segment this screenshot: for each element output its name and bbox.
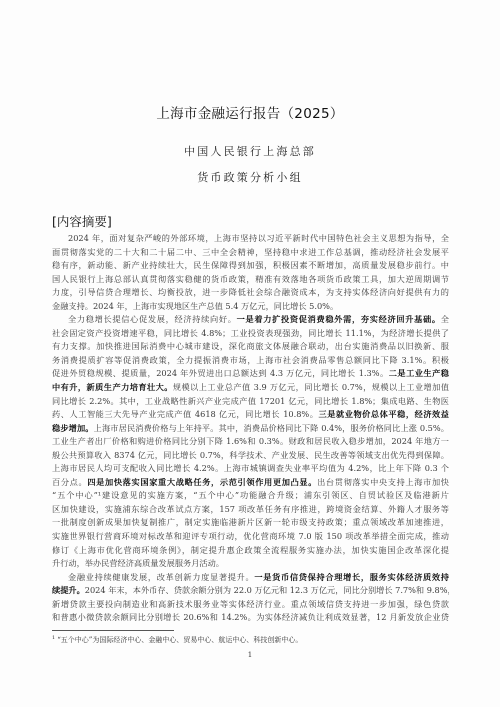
text-line: 升行动，举办民营经济高质量发展服务月活动。 bbox=[52, 557, 449, 571]
line-text: 促进外贸稳规模、提质量，2024 年外贸进出口总额达到 4.3 万亿元，同比增长… bbox=[52, 368, 389, 378]
text-line: 2024 年，面对复杂严峻的外部环境，上海市坚持以习近平新时代中国特色社会主义思… bbox=[52, 232, 449, 246]
footnote-text: “五个中心”为国际经济中心、金融中心、贸易中心、航运中心、科技创新中心。 bbox=[57, 636, 302, 644]
text-line: 一批制度创新成果加快复制推广，制定实施临港新片区新一轮市级支持政策；重点领域改革… bbox=[52, 516, 449, 530]
line-text: 面贯彻落实党的二十大和二十届二中、三中全会精神，坚持稳中求进工作总基调，推动经济… bbox=[52, 247, 449, 257]
line-text: 和普惠小微贷款余额同比分别增长 20.6%和 14.2%。为实体经济减负让利成效… bbox=[52, 612, 449, 622]
text-line: 稳步增加。上海市居民消费价格与上年持平。其中，消费品价格同比下降 0.4%，服务… bbox=[52, 422, 449, 436]
line-text: 金融业持续健康发展，改革创新力度显著提升。 bbox=[68, 572, 254, 582]
report-title: 上海市金融运行报告（2025） bbox=[0, 102, 500, 122]
text-line: 金融业持续健康发展，改革创新力度显著提升。一是货币信贷保持合理增长，服务实体经济… bbox=[52, 571, 449, 585]
line-text: 力度，引导信贷合理增长、均衡投放，进一步降低社会综合融资成本，为支持实体经济向好… bbox=[52, 287, 449, 297]
line-text: 2024 年，面对复杂严峻的外部环境，上海市坚持以习近平新时代中国特色社会主义思… bbox=[68, 233, 449, 243]
line-text: 百分点。 bbox=[52, 477, 87, 487]
text-line: 新增贷款主要投向制造业和高新技术服务业等实体经济行业。重点领域信贷支持进一步加强… bbox=[52, 598, 449, 612]
text-line: 般公共预算收入 8374 亿元，同比增长 0.7%，科学技术、产业发展、民生改善… bbox=[52, 449, 449, 463]
line-text: 升行动，举办民营经济高质量发展服务月活动。 bbox=[52, 558, 224, 568]
text-line: 促进外贸稳规模、提质量，2024 年外贸进出口总额达到 4.3 万亿元，同比增长… bbox=[52, 367, 449, 381]
line-text: 规模以上工业总产值 3.9 万亿元，同比增长 0.7%，规模以上工业增加值 bbox=[173, 382, 449, 392]
text-line: 和普惠小微贷款余额同比分别增长 20.6%和 14.2%。为实体经济减负让利成效… bbox=[52, 611, 449, 625]
text-line: 实施世界银行营商环境对标改革和迎评专项行动，优化营商环境 7.0 版 150 项… bbox=[52, 530, 449, 544]
line-text: 药、人工智能三大先导产业完成产值 4618 亿元，同比增长 10.8%。 bbox=[52, 409, 319, 419]
emphasis-text: 四是加快落实国家重大战略任务，示范引领作用更加凸显。 bbox=[87, 477, 317, 487]
line-text: 般公共预算收入 8374 亿元，同比增长 0.7%，科学技术、产业发展、民生改善… bbox=[52, 450, 449, 460]
emphasis-text: 二是工业生产稳 bbox=[389, 368, 449, 378]
line-text: 上海市居民消费价格与上年持平。其中，消费品价格同比下降 0.4%，服务价格同比上… bbox=[94, 423, 449, 433]
line-text: 实施世界银行营商环境对标改革和迎评专项行动，优化营商环境 7.0 版 150 项… bbox=[52, 531, 449, 541]
text-line: 务消费提质扩容等促消费政策，全力提振消费市场，上海市社会消费品零售总额同比下降 … bbox=[52, 354, 449, 368]
line-text: 工业生产者出厂价格和购进价格同比分别下降 1.6%和 0.3%。财政和居民收入稳… bbox=[52, 436, 449, 446]
text-line: 力度，引导信贷合理增长、均衡投放，进一步降低社会综合融资成本，为支持实体经济向好… bbox=[52, 286, 449, 300]
text-line: 区加快建设，实施浦东综合改革试点方案，157 项改革任务有序推进，跨境资金结算、… bbox=[52, 503, 449, 517]
text-line: 全力稳增长提信心促发展，经济持续向好。一是着力扩投资促消费稳外需，夯实经济回升基… bbox=[52, 313, 449, 327]
line-text: 金融支持。2024 年，上海市实现地区生产总值 5.4 万亿元，同比增长 5.0… bbox=[52, 301, 338, 311]
text-line: 工业生产者出厂价格和购进价格同比分别下降 1.6%和 0.3%。财政和居民收入稳… bbox=[52, 435, 449, 449]
line-text: 有力支撑。加快推进国际消费中心城市建设，深化商旅文体展融合联动，出台实施消费品以… bbox=[52, 341, 449, 351]
emphasis-text: 三是就业物价总体平稳，经济效益 bbox=[319, 409, 450, 419]
line-text: 全力稳增长提信心促发展，经济持续向好。 bbox=[68, 314, 237, 324]
text-line: 上海市居民人均可支配收入同比增长 4.2%。上海市城镇调查失业率平均值为 4.2… bbox=[52, 462, 449, 476]
text-line: 药、人工智能三大先导产业完成产值 4618 亿元，同比增长 10.8%。三是就业… bbox=[52, 408, 449, 422]
author-organization: 中国人民银行上海总部 bbox=[0, 143, 500, 159]
line-text: 出台贯彻落实中央支持上海市加快 bbox=[317, 477, 449, 487]
author-group: 货币政策分析小组 bbox=[0, 169, 500, 185]
text-line: 稳有序，新动能、新产业持续壮大，民生保障得到加强，积极因素不断增加，高质量发展稳… bbox=[52, 259, 449, 273]
document-page: 上海市金融运行报告（2025） 中国人民银行上海总部 货币政策分析小组 [内容摘… bbox=[0, 0, 500, 707]
text-line: 金融支持。2024 年，上海市实现地区生产总值 5.4 万亿元，同比增长 5.0… bbox=[52, 300, 449, 314]
footnote-marker: 1 bbox=[52, 635, 55, 641]
emphasis-text: 稳步增加。 bbox=[52, 423, 94, 433]
footnote-divider bbox=[52, 630, 174, 631]
emphasis-text: 一是货币信贷保持合理增长，服务实体经济质效持 bbox=[254, 572, 449, 582]
line-text: 上海市居民人均可支配收入同比增长 4.2%。上海市城镇调查失业率平均值为 4.2… bbox=[52, 463, 449, 473]
text-line: 续提升。2024 年末，本外币存、贷款余额分别为 22.0 万亿元和 12.3 … bbox=[52, 584, 449, 598]
section-heading-summary: [内容摘要] bbox=[52, 212, 112, 230]
line-text: 新增贷款主要投向制造业和高新技术服务业等实体经济行业。重点领域信贷支持进一步加强… bbox=[52, 599, 449, 609]
line-text: “五个中心”¹建设意见的实施方案，“五个中心”功能融合升级；浦东引领区、自贸试验… bbox=[52, 490, 449, 500]
line-text: 同比增长 2.2%。其中，工业战略性新兴产业完成产值 17201 亿元，同比增长… bbox=[52, 396, 449, 406]
line-text: 一批制度创新成果加快复制推广，制定实施临港新片区新一轮市级支持政策；重点领域改革… bbox=[52, 517, 449, 527]
line-text: 全 bbox=[441, 314, 449, 324]
emphasis-text: 续提升。 bbox=[52, 585, 85, 595]
footnote: 1“五个中心”为国际经济中心、金融中心、贸易中心、航运中心、科技创新中心。 bbox=[52, 635, 302, 645]
line-text: 2024 年末，本外币存、贷款余额分别为 22.0 万亿元和 12.3 万亿元，… bbox=[85, 585, 449, 595]
line-text: 国人民银行上海总部认真贯彻落实稳健的货币政策，精准有效落地各项货币政策工具，加大… bbox=[52, 274, 449, 284]
text-line: 同比增长 2.2%。其中，工业战略性新兴产业完成产值 17201 亿元，同比增长… bbox=[52, 395, 449, 409]
text-line: 社会固定资产投资增速平稳，同比增长 4.8%；工业投资表现强劲，同比增长 11.… bbox=[52, 327, 449, 341]
page-number: 1 bbox=[0, 651, 500, 659]
text-line: 有力支撑。加快推进国际消费中心城市建设，深化商旅文体展融合联动，出台实施消费品以… bbox=[52, 340, 449, 354]
line-text: 区加快建设，实施浦东综合改革试点方案，157 项改革任务有序推进，跨境资金结算、… bbox=[52, 504, 449, 514]
line-text: 稳有序，新动能、新产业持续壮大，民生保障得到加强，积极因素不断增加，高质量发展稳… bbox=[52, 260, 449, 270]
summary-body: 2024 年，面对复杂严峻的外部环境，上海市坚持以习近平新时代中国特色社会主义思… bbox=[52, 232, 449, 625]
emphasis-text: 一是着力扩投资促消费稳外需，夯实经济回升基础。 bbox=[237, 314, 441, 324]
emphasis-text: 中有升，新质生产力培育壮大。 bbox=[52, 382, 173, 392]
text-line: 国人民银行上海总部认真贯彻落实稳健的货币政策，精准有效落地各项货币政策工具，加大… bbox=[52, 273, 449, 287]
text-line: 中有升，新质生产力培育壮大。规模以上工业总产值 3.9 万亿元，同比增长 0.7… bbox=[52, 381, 449, 395]
text-line: “五个中心”¹建设意见的实施方案，“五个中心”功能融合升级；浦东引领区、自贸试验… bbox=[52, 489, 449, 503]
line-text: 社会固定资产投资增速平稳，同比增长 4.8%；工业投资表现强劲，同比增长 11.… bbox=[52, 328, 449, 338]
line-text: 修订《上海市优化营商环境条例》，制定提升惠企政策全流程服务实施办法，加快实施国企… bbox=[52, 545, 449, 555]
text-line: 面贯彻落实党的二十大和二十届二中、三中全会精神，坚持稳中求进工作总基调，推动经济… bbox=[52, 246, 449, 260]
line-text: 务消费提质扩容等促消费政策，全力提振消费市场，上海市社会消费品零售总额同比下降 … bbox=[52, 355, 449, 365]
text-line: 修订《上海市优化营商环境条例》，制定提升惠企政策全流程服务实施办法，加快实施国企… bbox=[52, 544, 449, 558]
text-line: 百分点。四是加快落实国家重大战略任务，示范引领作用更加凸显。出台贯彻落实中央支持… bbox=[52, 476, 449, 490]
